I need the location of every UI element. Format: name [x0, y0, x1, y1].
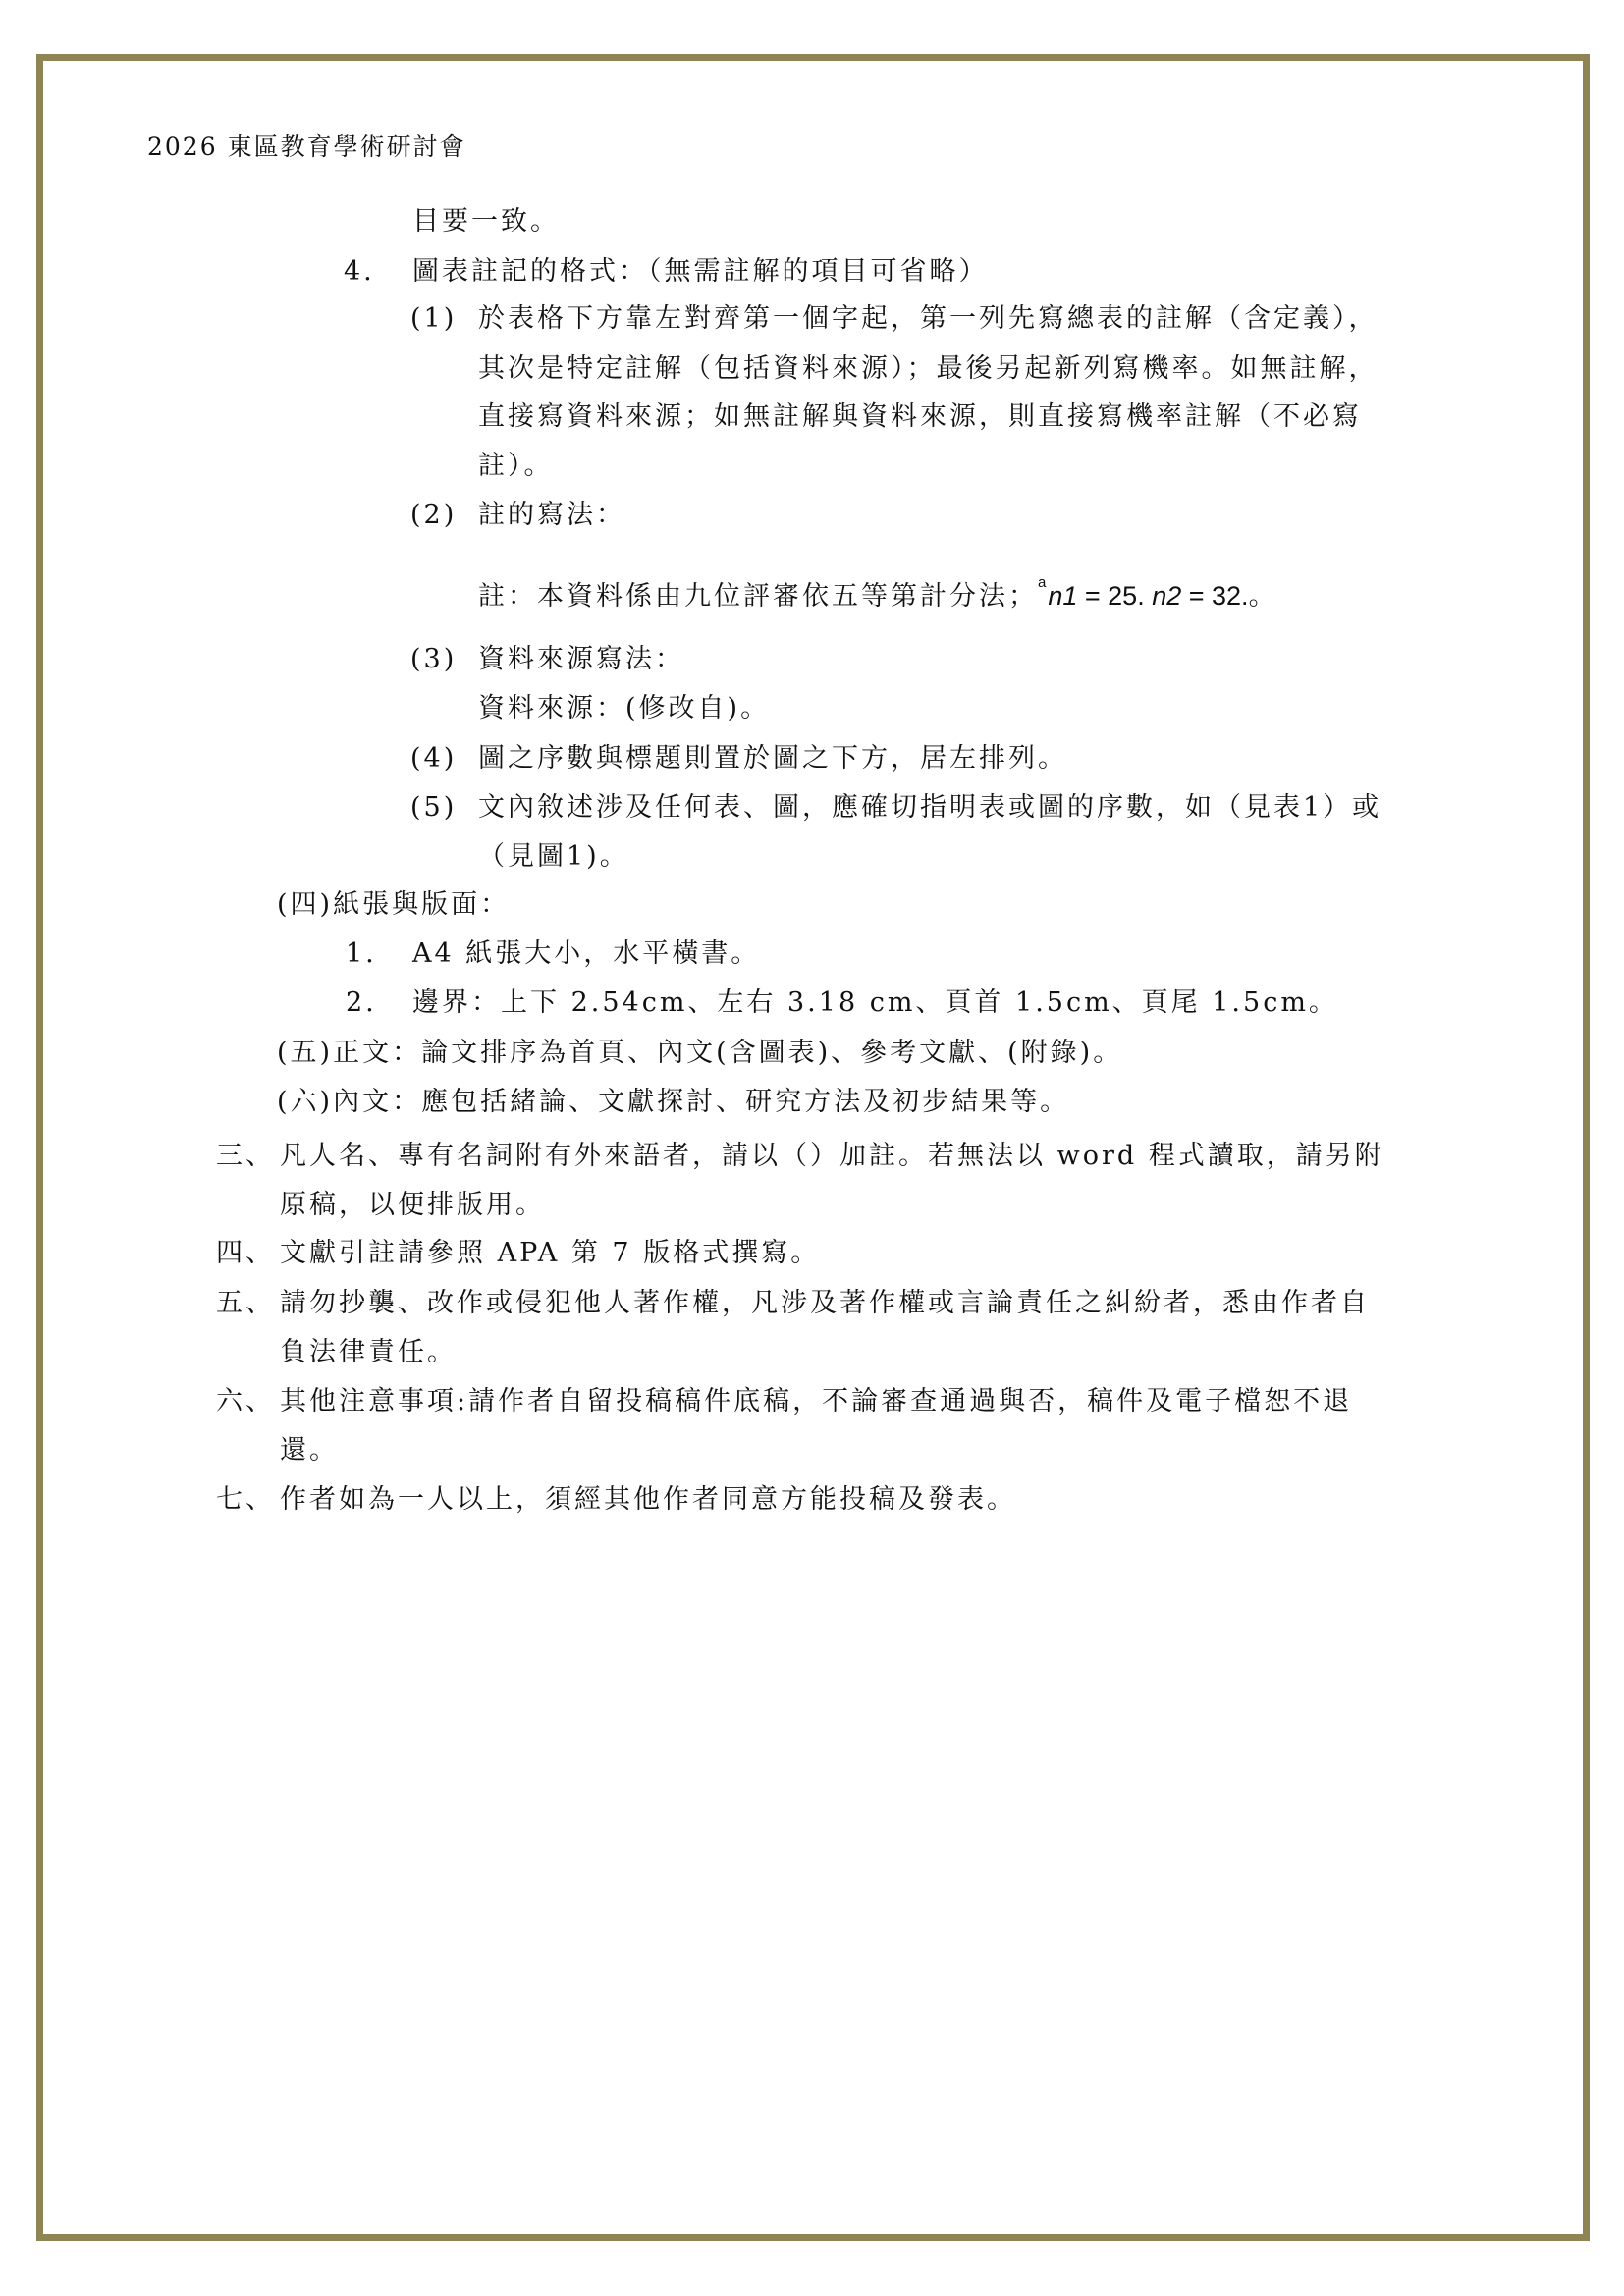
sub-4-line-1: 圖之序數與標題則置於圖之下方，居左排列。 — [478, 742, 1067, 775]
rule-6-line-2: 還。 — [280, 1434, 339, 1468]
sub-4-number: (4) — [410, 742, 457, 775]
rule-6-line-1: 其他注意事項:請作者自留投稿稿件底稿，不論審查通過與否，稿件及電子檔恕不退 — [280, 1385, 1352, 1418]
note-v2: = 32. — [1181, 581, 1248, 611]
section-6: (六)內文：應包括緒論、文獻探討、研究方法及初步結果等。 — [277, 1086, 1069, 1119]
rule-4-number: 四、 — [216, 1237, 275, 1270]
rule-3-number: 三、 — [216, 1140, 275, 1173]
rule-3-line-1: 凡人名、專有名詞附有外來語者，請以（）加註。若無法以 word 程式讀取，請另附 — [280, 1140, 1384, 1173]
sub-1-line-3: 直接寫資料來源；如無註解與資料來源，則直接寫機率註解（不必寫 — [478, 400, 1362, 434]
sub-1-number: (1) — [410, 302, 457, 336]
rule-4-line-1: 文獻引註請參照 APA 第 7 版格式撰寫。 — [280, 1237, 820, 1270]
sub-1-line-1: 於表格下方靠左對齊第一個字起，第一列先寫總表的註解（含定義）， — [478, 302, 1379, 336]
rule-5-line-1: 請勿抄襲、改作或侵犯他人著作權，凡涉及著作權或言論責任之糾紛者，悉由作者自 — [280, 1287, 1370, 1320]
sub-5-number: (5) — [410, 791, 457, 825]
rule-3-line-2: 原稿，以便排版用。 — [280, 1189, 545, 1222]
carry-over-text: 目要一致。 — [412, 205, 560, 239]
section-5: (五)正文：論文排序為首頁、內文(含圖表)、參考文獻、(附錄)。 — [277, 1037, 1122, 1070]
rule-6-number: 六、 — [216, 1385, 275, 1418]
note-example: 註：本資料係由九位評審依五等第計分法；an1 = 25. n2 = 32.。 — [478, 579, 1278, 617]
sub-3-number: (3) — [410, 643, 457, 676]
section-4-title: (四)紙張與版面： — [277, 888, 510, 922]
item-4-number: 4. — [344, 255, 375, 289]
rule-5-number: 五、 — [216, 1287, 275, 1320]
rule-5-line-2: 負法律責任。 — [280, 1336, 457, 1369]
note-n1: n1 — [1048, 581, 1077, 611]
sub-3-line-1: 資料來源寫法： — [478, 643, 684, 676]
note-n2: n2 — [1152, 581, 1181, 611]
note-superscript: a — [1038, 574, 1046, 591]
note-v1: = 25. — [1077, 581, 1152, 611]
note-prefix: 註：本資料係由九位評審依五等第計分法； — [478, 581, 1038, 612]
rule-7-line-1: 作者如為一人以上，須經其他作者同意方能投稿及發表。 — [280, 1483, 1016, 1517]
section-4-item-2-text: 邊界：上下 2.54cm、左右 3.18 cm、頁首 1.5cm、頁尾 1.5c… — [412, 987, 1338, 1020]
rule-7-number: 七、 — [216, 1483, 275, 1517]
item-4-text: 圖表註記的格式：（無需註解的項目可省略） — [412, 255, 989, 289]
sub-5-line-2: （見圖1)。 — [478, 840, 629, 874]
page-header: 2026 東區教育學術研討會 — [147, 131, 466, 164]
section-4-item-1-number: 1. — [346, 937, 377, 971]
note-end: 。 — [1249, 581, 1278, 612]
section-4-item-1-text: A4 紙張大小，水平橫書。 — [412, 937, 760, 971]
sub-3-line-2: 資料來源：(修改自)。 — [478, 692, 770, 725]
sub-1-line-4: 註）。 — [478, 450, 554, 483]
sub-1-line-2: 其次是特定註解（包括資料來源）；最後另起新列寫機率。如無註解， — [478, 352, 1379, 386]
sub-2-line-1: 註的寫法： — [478, 499, 625, 532]
sub-2-number: (2) — [410, 499, 457, 532]
sub-5-line-1: 文內敘述涉及任何表、圖，應確切指明表或圖的序數，如（見表1）或 — [478, 791, 1381, 825]
section-4-item-2-number: 2. — [346, 987, 377, 1020]
